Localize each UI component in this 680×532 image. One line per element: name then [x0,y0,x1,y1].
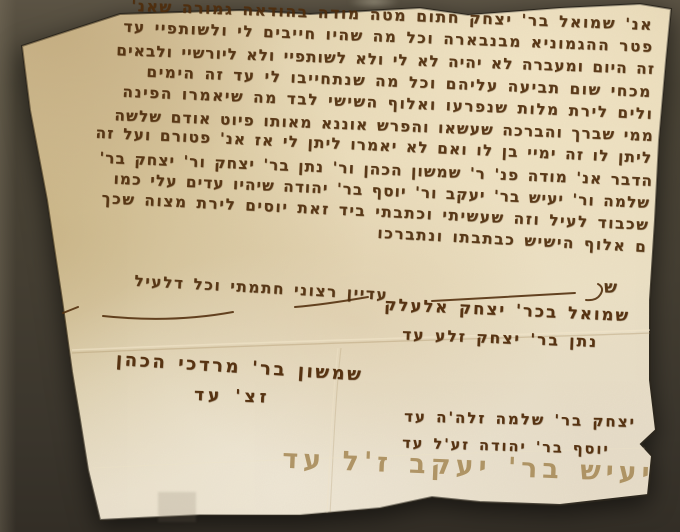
manuscript-photo: אנ' שמואל בר' יצחק חתום מטה מודה בהודאה … [0,0,680,532]
camera-watermark-patch [158,492,196,522]
line-filler-mark: ש [603,277,619,298]
signature-left-suffix: זצ' עד [194,385,271,408]
